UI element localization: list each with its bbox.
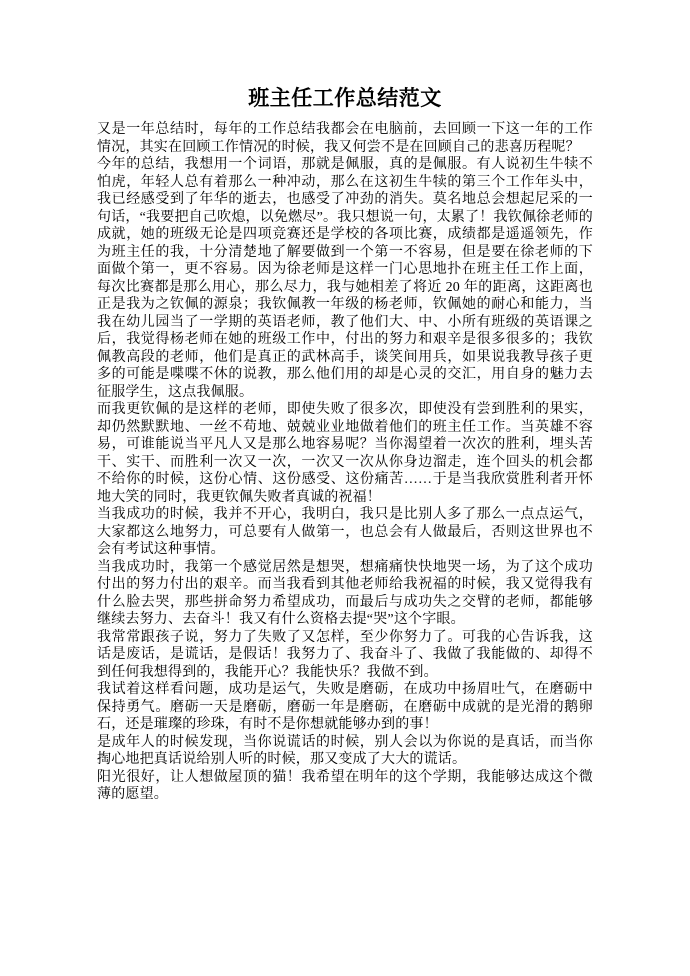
paragraph: 是成年人的时候发现，当你说谎话的时候，别人会以为你说的是真话，而当你掏心地把真话… [97,734,593,769]
paragraph: 阳光很好，让人想做屋顶的猫！我希望在明年的这个学期，我能够达成这个微薄的愿望。 [97,769,593,804]
document-page: 班主任工作总结范文 又是一年总结时，每年的工作总结我都会在电脑前，去回顾一下这一… [0,0,690,976]
paragraph: 今年的总结，我想用一个词语，那就是佩服，真的是佩服。有人说初生牛犊不怕虎，年轻人… [97,156,593,401]
paragraph: 而我更钦佩的是这样的老师，即使失败了很多次，即使没有尝到胜利的果实，却仍然默默地… [97,401,593,506]
document-body: 又是一年总结时，每年的工作总结我都会在电脑前，去回顾一下这一年的工作情况，其实在… [97,121,593,804]
paragraph: 当我成功的时候，我并不开心，我明白，我只是比别人多了那么一点点运气，大家都这么地… [97,506,593,559]
document-title: 班主任工作总结范文 [97,84,593,112]
paragraph: 我常常跟孩子说，努力了失败了又怎样，至少你努力了。可我的心告诉我，这话是废话，是… [97,629,593,682]
paragraph: 我试着这样看问题，成功是运气，失败是磨砺，在成功中扬眉吐气，在磨砺中保持勇气。磨… [97,681,593,734]
paragraph: 当我成功时，我第一个感觉居然是想哭，想痛痛快快地哭一场，为了这个成功付出的努力付… [97,559,593,629]
paragraph: 又是一年总结时，每年的工作总结我都会在电脑前，去回顾一下这一年的工作情况，其实在… [97,121,593,156]
